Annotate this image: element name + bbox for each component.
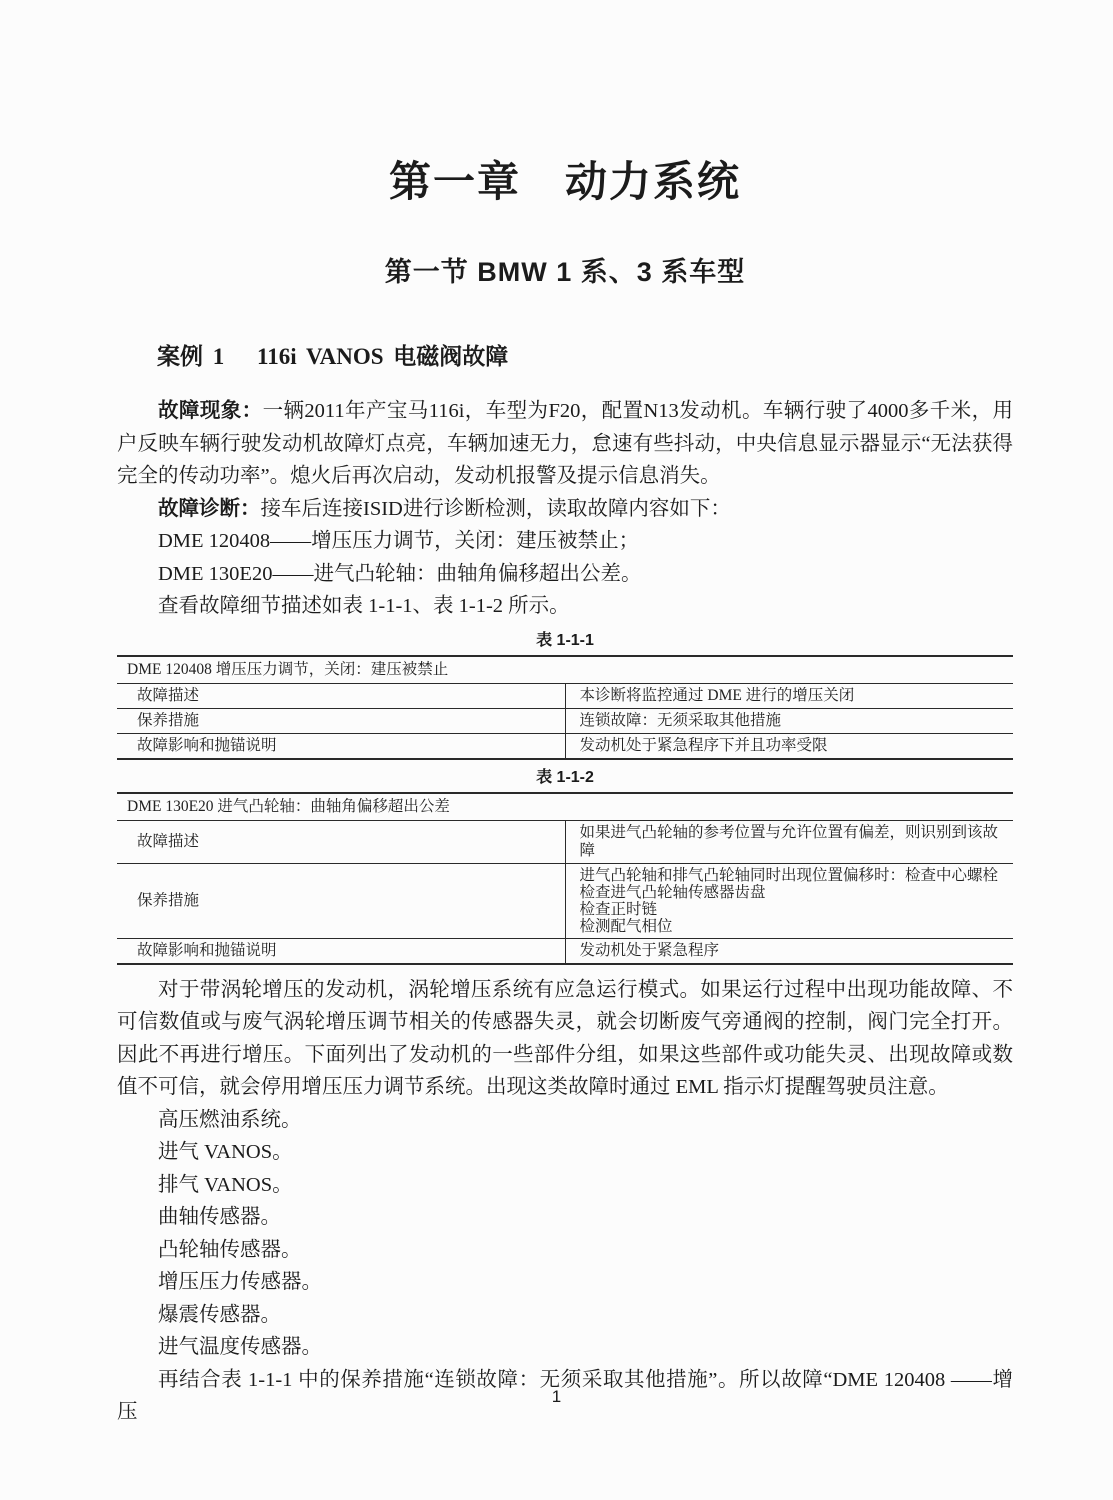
case-title: 案例 1 116i VANOS 电磁阀故障 — [117, 344, 1013, 370]
table1-row1-key: 故障描述 — [117, 683, 565, 708]
table-row: DME 130E20 进气凸轮轴：曲轴角偏移超出公差 — [117, 793, 1013, 821]
paragraph-diagnosis: 故障诊断：接车后连接ISID进行诊断检测，读取故障内容如下： — [117, 493, 1013, 526]
table2-row3-key: 故障影响和抛锚说明 — [117, 938, 565, 964]
diagnosis-text: 接车后连接ISID进行诊断检测，读取故障内容如下： — [261, 498, 731, 520]
table1-row1-value: 本诊断将监控通过 DME 进行的增压关闭 — [565, 683, 1013, 708]
table2-row2-value: 进气凸轮轴和排气凸轮轴同时出现位置偏移时：检查中心螺栓 检查进气凸轮轴传感器齿盘… — [565, 863, 1013, 938]
table-row: 保养措施 进气凸轮轴和排气凸轮轴同时出现位置偏移时：检查中心螺栓 检查进气凸轮轴… — [117, 863, 1013, 938]
table-row: 故障描述 如果进气凸轮轴的参考位置与允许位置有偏差，则识别到该故障 — [117, 820, 1013, 863]
fault-table-1: DME 120408 增压压力调节，关闭：建压被禁止 故障描述 本诊断将监控通过… — [117, 655, 1013, 760]
page-content: 第一章 动力系统 第一节 BMW 1 系、3 系车型 案例 1 116i VAN… — [117, 0, 1013, 1429]
list-item: 排气 VANOS。 — [117, 1169, 1013, 1202]
table2-row1-key: 故障描述 — [117, 820, 565, 863]
paragraph-analysis: 对于带涡轮增压的发动机，涡轮增压系统有应急运行模式。如果运行过程中出现功能故障、… — [117, 974, 1013, 1104]
table2-row2-key: 保养措施 — [117, 863, 565, 938]
table2-row3-value: 发动机处于紧急程序 — [565, 938, 1013, 964]
table-row: 故障描述 本诊断将监控通过 DME 进行的增压关闭 — [117, 683, 1013, 708]
fault-code-line-1: DME 120408——增压压力调节，关闭：建压被禁止； — [117, 525, 1013, 558]
table1-header-cell: DME 120408 增压压力调节，关闭：建压被禁止 — [117, 656, 1013, 684]
fault-code-line-2: DME 130E20——进气凸轮轴：曲轴角偏移超出公差。 — [117, 558, 1013, 591]
document-page: 第一章 动力系统 第一节 BMW 1 系、3 系车型 案例 1 116i VAN… — [0, 0, 1113, 1500]
table-row: 故障影响和抛锚说明 发动机处于紧急程序下并且功率受限 — [117, 733, 1013, 759]
maintenance-step-3: 检查正时链 — [580, 901, 1006, 918]
list-item: 凸轮轴传感器。 — [117, 1234, 1013, 1267]
table1-row3-value: 发动机处于紧急程序下并且功率受限 — [565, 733, 1013, 759]
list-item: 爆震传感器。 — [117, 1299, 1013, 1332]
chapter-title: 第一章 动力系统 — [117, 0, 1013, 206]
list-item: 进气 VANOS。 — [117, 1136, 1013, 1169]
table-row: 保养措施 连锁故障：无须采取其他措施 — [117, 708, 1013, 733]
table-row: DME 120408 增压压力调节，关闭：建压被禁止 — [117, 656, 1013, 684]
section-title: 第一节 BMW 1 系、3 系车型 — [117, 258, 1013, 287]
table1-row2-value: 连锁故障：无须采取其他措施 — [565, 708, 1013, 733]
list-item: 曲轴传感器。 — [117, 1201, 1013, 1234]
table2-row1-value: 如果进气凸轮轴的参考位置与允许位置有偏差，则识别到该故障 — [565, 820, 1013, 863]
symptom-label: 故障现象： — [158, 400, 263, 422]
diagnosis-label: 故障诊断： — [158, 498, 261, 520]
list-item: 进气温度传感器。 — [117, 1331, 1013, 1364]
maintenance-step-1: 进气凸轮轴和排气凸轮轴同时出现位置偏移时：检查中心螺栓 — [580, 867, 1006, 884]
see-tables-line: 查看故障细节描述如表 1-1-1、表 1-1-2 所示。 — [117, 590, 1013, 623]
paragraph-symptom: 故障现象：一辆2011年产宝马116i，车型为F20，配置N13发动机。车辆行驶… — [117, 395, 1013, 493]
list-item: 高压燃油系统。 — [117, 1104, 1013, 1137]
table-row: 故障影响和抛锚说明 发动机处于紧急程序 — [117, 938, 1013, 964]
page-number: 1 — [0, 1387, 1113, 1407]
table1-caption: 表 1-1-1 — [117, 631, 1013, 650]
maintenance-step-2: 检查进气凸轮轴传感器齿盘 — [580, 884, 1006, 901]
table2-caption: 表 1-1-2 — [117, 768, 1013, 787]
table1-row2-key: 保养措施 — [117, 708, 565, 733]
maintenance-step-4: 检测配气相位 — [580, 918, 1006, 935]
table2-header-cell: DME 130E20 进气凸轮轴：曲轴角偏移超出公差 — [117, 793, 1013, 821]
list-item: 增压压力传感器。 — [117, 1266, 1013, 1299]
table1-row3-key: 故障影响和抛锚说明 — [117, 733, 565, 759]
fault-table-2: DME 130E20 进气凸轮轴：曲轴角偏移超出公差 故障描述 如果进气凸轮轴的… — [117, 792, 1013, 965]
